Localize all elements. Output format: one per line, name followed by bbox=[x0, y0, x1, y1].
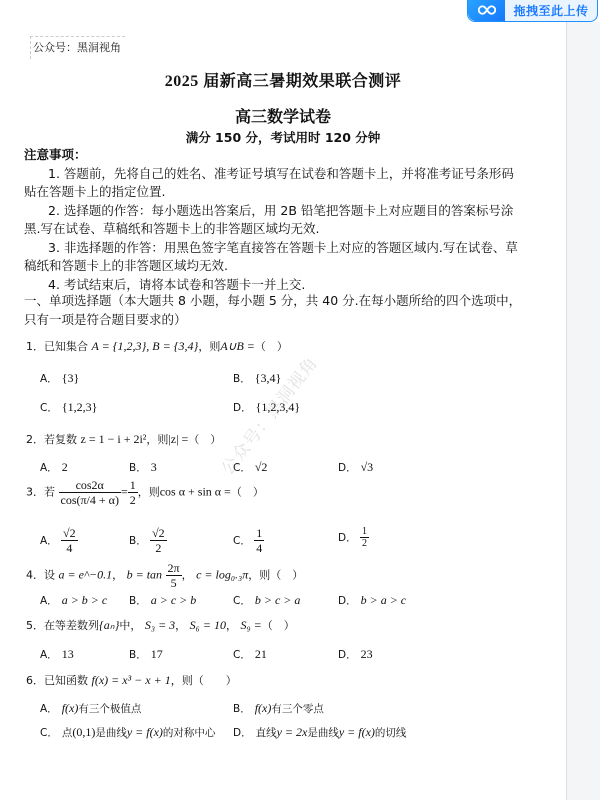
option-b[interactable]: B．17 bbox=[129, 647, 163, 662]
option-b[interactable]: B．a > c > b bbox=[129, 593, 196, 608]
option-key: A． bbox=[40, 535, 58, 547]
numerator: 1 bbox=[254, 526, 264, 541]
option-key: D． bbox=[233, 402, 252, 414]
numerator: cos2α bbox=[59, 478, 121, 493]
option-key: B． bbox=[129, 535, 147, 547]
option-a[interactable]: A．f(x)有三个极值点 bbox=[40, 701, 141, 716]
fraction: 2π5 bbox=[166, 561, 182, 590]
option-text: 直线 bbox=[256, 727, 277, 739]
option-value: 13 bbox=[62, 647, 74, 661]
denominator: cos(π/4 + α) bbox=[59, 493, 121, 507]
numerator: 2π bbox=[166, 561, 182, 576]
option-a[interactable]: A．13 bbox=[40, 647, 74, 662]
denominator: 4 bbox=[61, 541, 78, 555]
question-4: 4．设 a = e^−0.1， b = tan 2π5， c = log₀.₃π… bbox=[26, 561, 303, 590]
question-text: ，则 bbox=[248, 569, 270, 582]
question-text: ，则 bbox=[198, 340, 220, 353]
option-text: 有三个极值点 bbox=[78, 703, 141, 715]
option-c[interactable]: C． 14 bbox=[233, 526, 264, 555]
answer-blank: （ ） bbox=[255, 340, 288, 353]
option-key: C． bbox=[40, 727, 58, 739]
option-math: y = f(x) bbox=[339, 725, 375, 739]
option-key: D． bbox=[338, 595, 357, 607]
question-text: 设 bbox=[44, 569, 55, 582]
option-value: a > c > b bbox=[151, 593, 197, 607]
question-1: 1．已知集合 A = {1,2,3}, B = {3,4}，则A∪B =（ ） bbox=[26, 338, 288, 354]
option-math: (0,1) bbox=[72, 725, 95, 739]
option-text: 点 bbox=[62, 727, 73, 739]
question-2: 2．若复数 z = 1 − i + 2i²，则|z| =（ ） bbox=[26, 431, 221, 447]
notice-item-3: 3. 非选择题的作答：用黑色签字笔直接答在答题卡上对应的答题区域内.写在试卷、草… bbox=[24, 239, 524, 276]
question-number: 4． bbox=[26, 569, 44, 582]
option-d[interactable]: D． 12 bbox=[338, 526, 369, 549]
question-text: ，则 bbox=[171, 674, 193, 687]
option-key: A． bbox=[40, 595, 58, 607]
question-math: |z| = bbox=[168, 432, 188, 446]
document-page: 公众号：黑洞视角 2025 届新高三暑期效果联合测评 高三数学试卷 满分 150… bbox=[0, 0, 566, 800]
option-c[interactable]: C．点(0,1)是曲线y = f(x)的对称中心 bbox=[40, 725, 215, 740]
option-key: D． bbox=[338, 532, 357, 544]
question-math: S₉ = bbox=[240, 618, 261, 632]
notice-block: 注意事项： 1. 答题前，先将自己的姓名、准考证号填写在试卷和答题卡上，并将准考… bbox=[24, 146, 524, 294]
question-math: c = log₀.₃π bbox=[196, 568, 248, 582]
question-math: {aₙ} bbox=[99, 618, 119, 632]
option-value: 21 bbox=[255, 647, 267, 661]
option-key: B． bbox=[129, 649, 147, 661]
fraction: √24 bbox=[61, 526, 78, 555]
question-text: 在等差数列 bbox=[44, 619, 99, 632]
option-a[interactable]: A．{3} bbox=[40, 371, 79, 386]
question-3: 3．若 cos2αcos(π/4 + α)=12，则cos α + sin α … bbox=[26, 478, 264, 507]
option-value: 17 bbox=[151, 647, 163, 661]
numerator: √2 bbox=[61, 526, 78, 541]
exam-subject: 高三数学试卷 bbox=[0, 104, 566, 127]
question-math: A = {1,2,3}, B = {3,4} bbox=[92, 339, 199, 353]
option-key: A． bbox=[40, 373, 58, 385]
option-key: A． bbox=[40, 703, 58, 715]
answer-blank: （ ） bbox=[270, 569, 303, 582]
option-value: 23 bbox=[361, 647, 373, 661]
fraction: √22 bbox=[150, 526, 167, 555]
option-c[interactable]: C．b > c > a bbox=[233, 593, 300, 608]
question-text: 中， bbox=[119, 619, 141, 632]
fraction: 14 bbox=[254, 526, 264, 555]
option-key: B． bbox=[233, 703, 251, 715]
option-d[interactable]: D．b > a > c bbox=[338, 593, 406, 608]
question-number: 5． bbox=[26, 619, 44, 632]
question-math: S₃ = 3 bbox=[145, 618, 175, 632]
question-text: 已知集合 bbox=[44, 340, 88, 353]
option-text: 的对称中心 bbox=[163, 727, 216, 739]
option-a[interactable]: A．a > b > c bbox=[40, 593, 107, 608]
option-a[interactable]: A． √24 bbox=[40, 526, 78, 555]
source-tag: 公众号：黑洞视角 bbox=[30, 36, 125, 59]
exam-meta: 满分 150 分，考试用时 120 分钟 bbox=[0, 128, 566, 146]
question-number: 3． bbox=[26, 486, 44, 499]
option-math: f(x) bbox=[62, 701, 79, 715]
notice-item-1: 1. 答题前，先将自己的姓名、准考证号填写在试卷和答题卡上，并将准考证号条形码贴… bbox=[24, 165, 524, 202]
option-key: C． bbox=[233, 595, 251, 607]
upload-button-label: 拖拽至此上传 bbox=[505, 0, 597, 19]
option-key: B． bbox=[129, 595, 147, 607]
option-math: f(x) bbox=[255, 701, 272, 715]
question-text: 已知函数 bbox=[44, 674, 88, 687]
question-math: S₆ = 10 bbox=[190, 618, 226, 632]
option-a[interactable]: A．2 bbox=[40, 460, 68, 475]
option-c[interactable]: C．{1,2,3} bbox=[40, 400, 97, 415]
option-value: {1,2,3} bbox=[62, 400, 98, 414]
question-math: z = 1 − i + 2i² bbox=[81, 432, 147, 446]
question-math: a = e^−0.1 bbox=[59, 568, 113, 582]
denominator: 2 bbox=[150, 541, 167, 555]
answer-blank: （ ） bbox=[193, 674, 237, 687]
question-text: 若复数 bbox=[44, 433, 77, 446]
fraction: cos2αcos(π/4 + α) bbox=[59, 478, 121, 507]
answer-blank: （ ） bbox=[262, 619, 295, 632]
option-c[interactable]: C．21 bbox=[233, 647, 267, 662]
infinity-link-icon bbox=[468, 0, 505, 21]
option-key: A． bbox=[40, 462, 58, 474]
question-math: b = tan bbox=[127, 568, 162, 582]
question-text: ，则 bbox=[146, 433, 168, 446]
option-key: C． bbox=[233, 649, 251, 661]
section-title: 一、单项选择题（本大题共 8 小题，每小题 5 分，共 40 分.在每小题所给的… bbox=[24, 292, 524, 329]
option-key: B． bbox=[129, 462, 147, 474]
option-d[interactable]: D．√3 bbox=[338, 460, 373, 475]
option-value: 2 bbox=[62, 460, 68, 474]
option-key: D． bbox=[338, 462, 357, 474]
option-text: 是曲线 bbox=[307, 727, 339, 739]
option-value: √3 bbox=[361, 460, 374, 474]
option-key: B． bbox=[233, 373, 251, 385]
option-text: 是曲线 bbox=[95, 727, 127, 739]
question-number: 1． bbox=[26, 340, 44, 353]
notice-item-2: 2. 选择题的作答：每小题选出答案后，用 2B 铅笔把答题卡上对应题目的答案标号… bbox=[24, 202, 524, 239]
question-5: 5．在等差数列{aₙ}中， S₃ = 3， S₆ = 10， S₉ =（ ） bbox=[26, 617, 295, 633]
upload-button[interactable]: 拖拽至此上传 bbox=[467, 0, 598, 22]
option-value: 3 bbox=[151, 460, 157, 474]
option-math: y = 2x bbox=[277, 725, 308, 739]
answer-blank: （ ） bbox=[231, 486, 264, 499]
option-value: {3} bbox=[62, 371, 80, 385]
question-math: cos α + sin α = bbox=[160, 485, 231, 499]
denominator: 5 bbox=[166, 576, 182, 590]
question-text: ，则 bbox=[138, 486, 160, 499]
numerator: √2 bbox=[150, 526, 167, 541]
question-text: 若 bbox=[44, 486, 55, 499]
question-math: A∪B = bbox=[220, 339, 255, 353]
option-d[interactable]: D．23 bbox=[338, 647, 373, 662]
denominator: 2 bbox=[360, 538, 369, 549]
denominator: 4 bbox=[254, 541, 264, 555]
right-gutter bbox=[566, 22, 600, 800]
option-b[interactable]: B．3 bbox=[129, 460, 157, 475]
fraction: 12 bbox=[360, 526, 369, 549]
option-b[interactable]: B．f(x)有三个零点 bbox=[233, 701, 324, 716]
option-value: √2 bbox=[255, 460, 268, 474]
fraction: 12 bbox=[128, 478, 138, 507]
question-6: 6．已知函数 f(x) = x³ − x + 1，则（ ） bbox=[26, 672, 237, 688]
option-text: 的切线 bbox=[375, 727, 407, 739]
numerator: 1 bbox=[128, 478, 138, 493]
answer-blank: （ ） bbox=[188, 433, 221, 446]
notice-heading: 注意事项： bbox=[24, 146, 524, 165]
option-value: a > b > c bbox=[62, 593, 108, 607]
equals-sign: = bbox=[121, 485, 128, 499]
watermark: 公众号：黑洞视角 bbox=[214, 350, 322, 479]
option-b[interactable]: B． √22 bbox=[129, 526, 167, 555]
option-b[interactable]: B．{3,4} bbox=[233, 371, 281, 386]
option-text: 有三个零点 bbox=[271, 703, 324, 715]
option-key: C． bbox=[40, 402, 58, 414]
question-math: f(x) = x³ − x + 1 bbox=[92, 673, 171, 687]
numerator: 1 bbox=[360, 526, 369, 538]
option-d[interactable]: D．直线y = 2x是曲线y = f(x)的切线 bbox=[233, 725, 406, 740]
option-key: C． bbox=[233, 535, 251, 547]
option-key: D． bbox=[233, 727, 252, 739]
option-value: b > a > c bbox=[361, 593, 407, 607]
option-key: A． bbox=[40, 649, 58, 661]
denominator: 2 bbox=[128, 493, 138, 507]
question-number: 6． bbox=[26, 674, 44, 687]
exam-title: 2025 届新高三暑期效果联合测评 bbox=[0, 68, 566, 91]
option-math: y = f(x) bbox=[127, 725, 163, 739]
question-number: 2． bbox=[26, 433, 44, 446]
option-value: b > c > a bbox=[255, 593, 301, 607]
option-key: D． bbox=[338, 649, 357, 661]
